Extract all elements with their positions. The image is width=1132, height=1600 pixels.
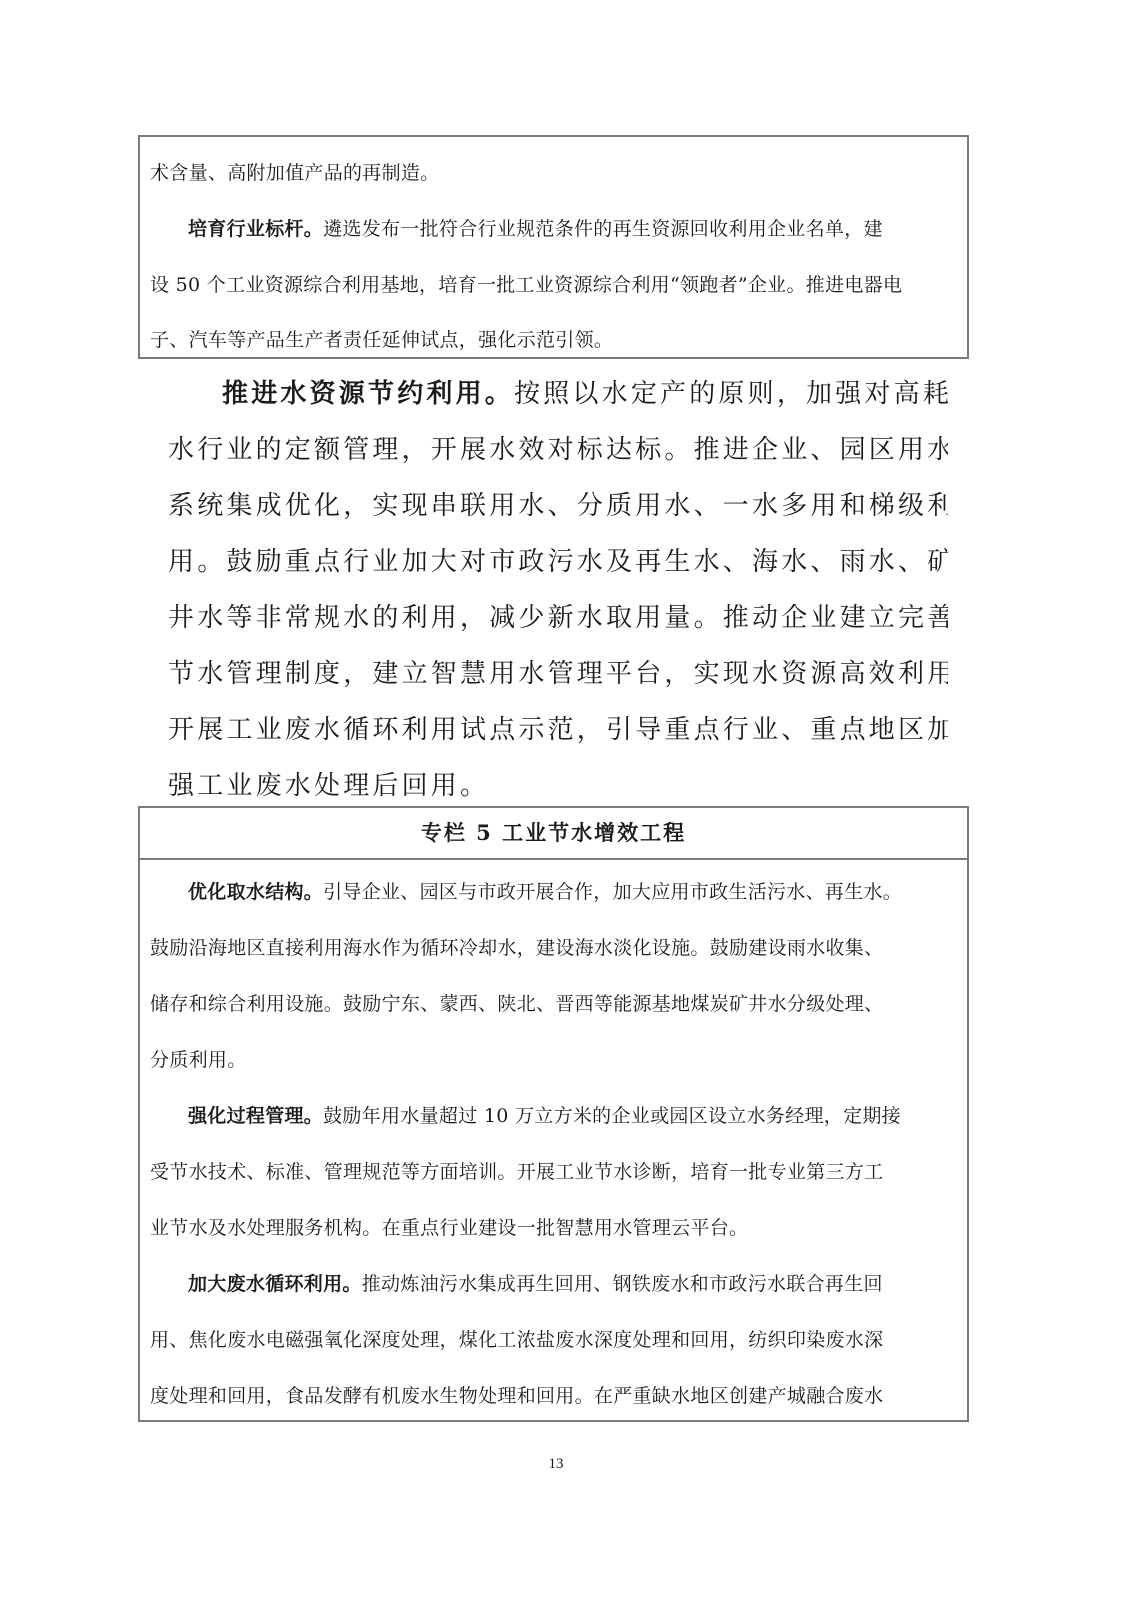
section-lead-heading: 加大废水循环利用。	[188, 1273, 362, 1295]
section-lead-heading: 优化取水结构。	[188, 881, 323, 903]
section-lead-heading: 强化过程管理。	[188, 1105, 323, 1127]
column-box-title: 专栏 5 工业节水增效工程	[140, 808, 967, 860]
paragraph-line: 系统集成优化，实现串联用水、分质用水、一水多用和梯级利	[168, 489, 948, 523]
box-text-line: 设 50 个工业资源综合利用基地，培育一批工业资源综合利用“领跑者”企业。推进电…	[150, 273, 959, 297]
page-number: 13	[0, 1456, 1112, 1473]
paragraph-line: 井水等非常规水的利用，减少新水取用量。推动企业建立完善	[168, 601, 948, 635]
box-text-line: 受节水技术、标准、管理规范等方面培训。开展工业节水诊断，培育一批专业第三方工	[150, 1160, 959, 1184]
box-text-line: 子、汽车等产品生产者责任延伸试点，强化示范引领。	[150, 328, 959, 352]
box-text-line: 业节水及水处理服务机构。在重点行业建设一批智慧用水管理云平台。	[150, 1216, 959, 1240]
column-box-5: 专栏 5 工业节水增效工程 优化取水结构。引导企业、园区与市政开展合作，加大应用…	[138, 806, 969, 1422]
box-text-line: 培育行业标杆。遴选发布一批符合行业规范条件的再生资源回收利用企业名单，建	[150, 217, 959, 241]
box-text-line: 用、焦化废水电磁强氧化深度处理，煤化工浓盐废水深度处理和回用，纺织印染废水深	[150, 1328, 959, 1352]
paragraph-line: 节水管理制度，建立智慧用水管理平台，实现水资源高效利用。	[168, 657, 948, 691]
box-text-line: 加大废水循环利用。推动炼油污水集成再生回用、钢铁废水和市政污水联合再生回	[150, 1272, 959, 1296]
box-text-line: 强化过程管理。鼓励年用水量超过 10 万立方米的企业或园区设立水务经理，定期接	[150, 1104, 959, 1128]
paragraph-line: 水行业的定额管理，开展水效对标达标。推进企业、园区用水	[168, 433, 948, 467]
box-text-line: 术含量、高附加值产品的再制造。	[150, 161, 959, 185]
paragraph-line: 用。鼓励重点行业加大对市政污水及再生水、海水、雨水、矿	[168, 545, 948, 579]
paragraph-line: 推进水资源节约利用。按照以水定产的原则，加强对高耗	[222, 377, 1002, 411]
section-lead-heading: 培育行业标杆。	[188, 218, 323, 240]
paragraph-line: 开展工业废水循环利用试点示范，引导重点行业、重点地区加	[168, 713, 948, 747]
column-box-continued: 术含量、高附加值产品的再制造。 培育行业标杆。遴选发布一批符合行业规范条件的再生…	[138, 135, 969, 359]
paragraph-lead-heading: 推进水资源节约利用。	[222, 379, 514, 409]
box-text-line: 鼓励沿海地区直接利用海水作为循环冷却水，建设海水淡化设施。鼓励建设雨水收集、	[150, 936, 959, 960]
paragraph-line: 强工业废水处理后回用。	[168, 769, 948, 803]
box-text-line: 分质利用。	[150, 1048, 959, 1072]
box-text-line: 优化取水结构。引导企业、园区与市政开展合作，加大应用市政生活污水、再生水。	[150, 880, 959, 904]
box-text-line: 储存和综合利用设施。鼓励宁东、蒙西、陕北、晋西等能源基地煤炭矿井水分级处理、	[150, 992, 959, 1016]
box-text-line: 度处理和回用，食品发酵有机废水生物处理和回用。在严重缺水地区创建产城融合废水	[150, 1384, 959, 1408]
